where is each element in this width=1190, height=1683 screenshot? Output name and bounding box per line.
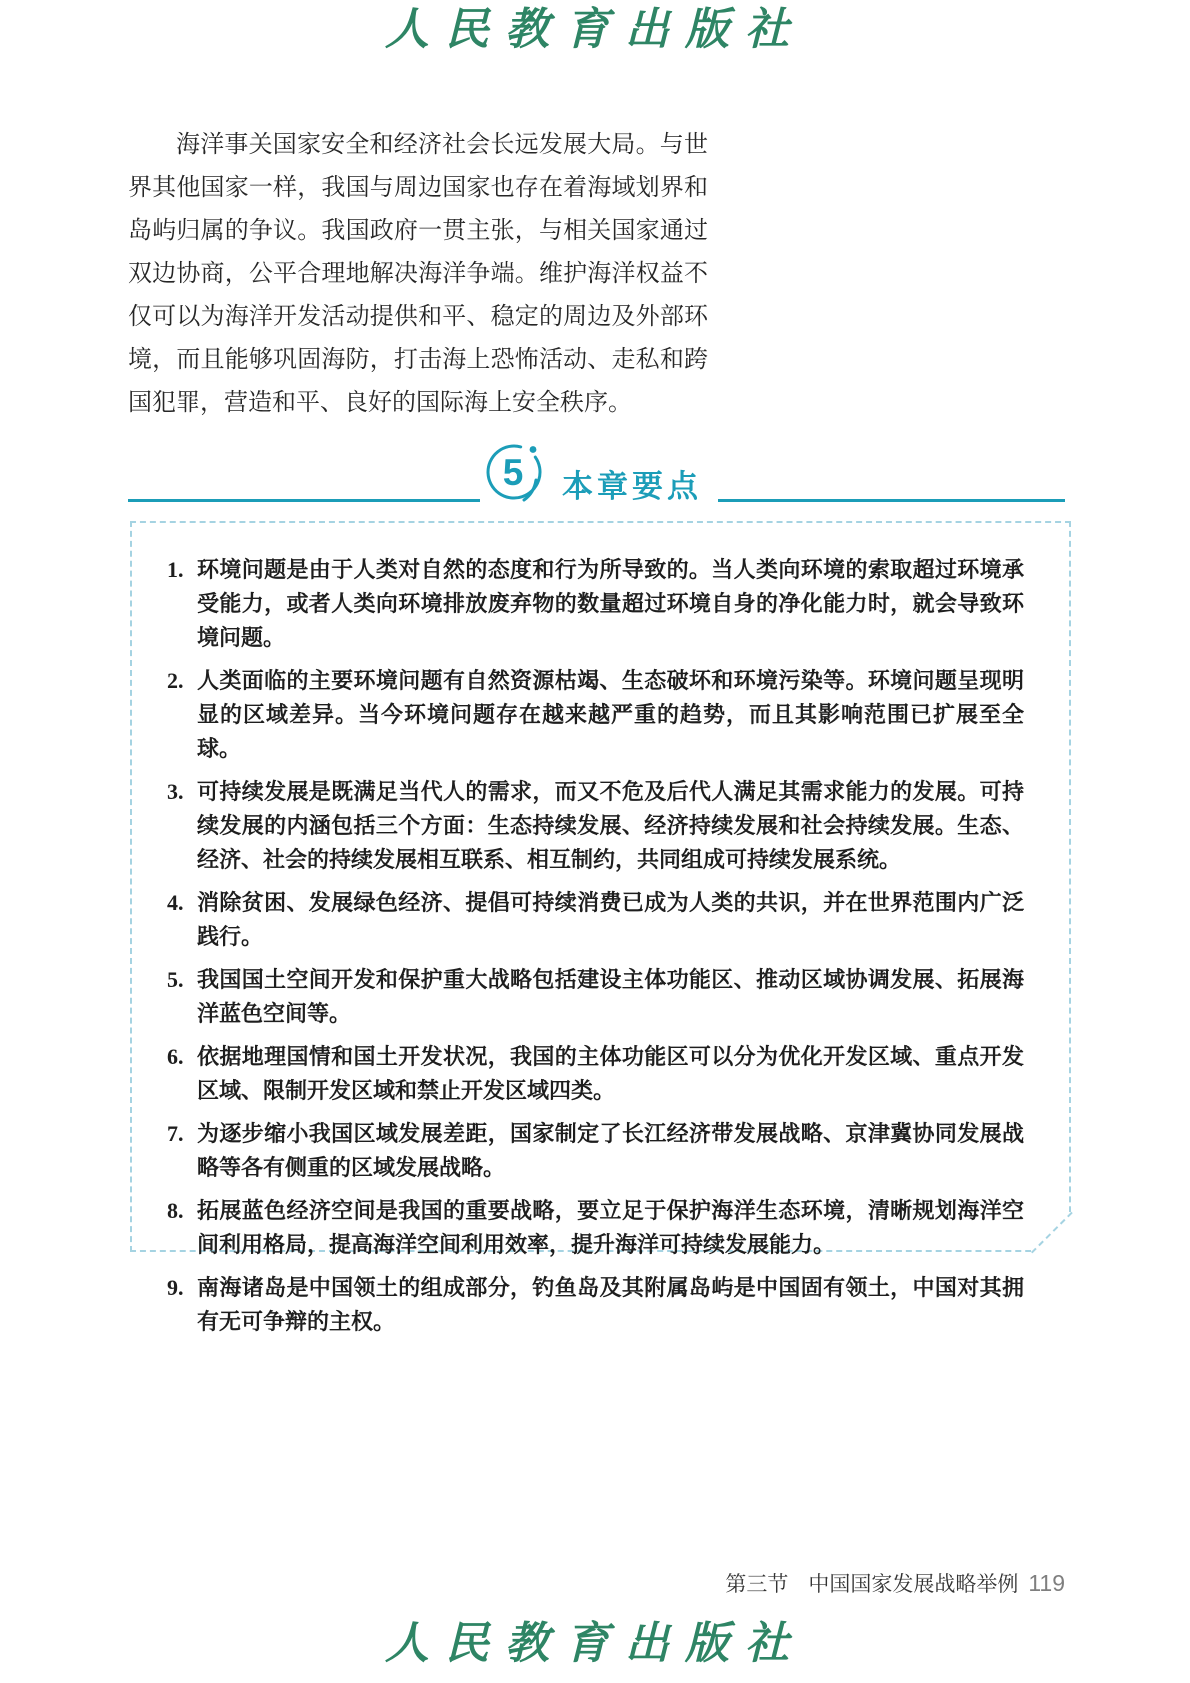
page-number: 119 (1028, 1570, 1065, 1596)
point-item: 5. 我国国土空间开发和保护重大战略包括建设主体功能区、推动区域协调发展、拓展海… (167, 963, 1024, 1031)
point-number: 9. (167, 1271, 184, 1305)
summary-title: 本章要点 (562, 471, 702, 502)
point-text: 为逐步缩小我国区域发展差距，国家制定了长江经济带发展战略、京津冀协同发展战略等各… (197, 1121, 1024, 1180)
point-number: 6. (167, 1040, 184, 1074)
point-item: 6. 依据地理国情和国土开发状况，我国的主体功能区可以分为优化开发区域、重点开发… (167, 1040, 1024, 1108)
point-number: 3. (167, 775, 184, 809)
point-item: 4. 消除贫困、发展绿色经济、提倡可持续消费已成为人类的共识，并在世界范围内广泛… (167, 886, 1024, 954)
point-text: 人类面临的主要环境问题有自然资源枯竭、生态破坏和环境污染等。环境问题呈现明显的区… (197, 668, 1024, 761)
badge-number: 5 (503, 452, 524, 493)
chapter-summary-heading: 5 本章要点 (128, 430, 1065, 506)
heading-rule-right (718, 499, 1065, 502)
point-item: 9. 南海诸岛是中国领土的组成部分，钓鱼岛及其附属岛屿是中国固有领土，中国对其拥… (167, 1271, 1024, 1339)
point-text: 消除贫困、发展绿色经济、提倡可持续消费已成为人类的共识，并在世界范围内广泛践行。 (197, 890, 1024, 949)
point-item: 1. 环境问题是由于人类对自然的态度和行为所导致的。当人类向环境的索取超过环境承… (167, 553, 1024, 655)
footer-section-title: 中国国家发展战略举例 (808, 1572, 1018, 1596)
page-footer: 第三节中国国家发展战略举例119 (0, 1568, 1065, 1598)
point-number: 7. (167, 1117, 184, 1151)
point-number: 8. (167, 1194, 184, 1228)
point-text: 环境问题是由于人类对自然的态度和行为所导致的。当人类向环境的索取超过环境承受能力… (197, 557, 1024, 650)
point-number: 4. (167, 886, 184, 920)
point-number: 5. (167, 963, 184, 997)
point-text: 依据地理国情和国土开发状况，我国的主体功能区可以分为优化开发区域、重点开发区域、… (197, 1044, 1024, 1103)
point-item: 7. 为逐步缩小我国区域发展差距，国家制定了长江经济带发展战略、京津冀协同发展战… (167, 1117, 1024, 1185)
badge-circle-icon: 5 (486, 436, 546, 504)
point-item: 3. 可持续发展是既满足当代人的需求，而又不危及后代人满足其需求能力的发展。可持… (167, 775, 1024, 877)
box-corner-cut (1031, 1212, 1071, 1252)
publisher-logo-bottom: 人民教育出版社 (0, 1618, 1190, 1671)
point-number: 2. (167, 664, 184, 698)
point-text: 我国国土空间开发和保护重大战略包括建设主体功能区、推动区域协调发展、拓展海洋蓝色… (197, 967, 1024, 1026)
point-item: 2. 人类面临的主要环境问题有自然资源枯竭、生态破坏和环境污染等。环境问题呈现明… (167, 664, 1024, 766)
footer-section-label: 第三节 (725, 1572, 788, 1596)
intro-paragraph: 海洋事关国家安全和经济社会长远发展大局。与世界其他国家一样，我国与周边国家也存在… (128, 124, 708, 425)
heading-rule-left (128, 499, 480, 502)
point-number: 1. (167, 553, 184, 587)
publisher-logo-top: 人民教育出版社 (0, 4, 1190, 57)
point-text: 南海诸岛是中国领土的组成部分，钓鱼岛及其附属岛屿是中国固有领土，中国对其拥有无可… (197, 1275, 1024, 1334)
summary-badge: 5 (486, 436, 546, 504)
point-text: 拓展蓝色经济空间是我国的重要战略，要立足于保护海洋生态环境，清晰规划海洋空间利用… (197, 1198, 1024, 1257)
key-points-box: 1. 环境问题是由于人类对自然的态度和行为所导致的。当人类向环境的索取超过环境承… (130, 521, 1071, 1252)
point-item: 8. 拓展蓝色经济空间是我国的重要战略，要立足于保护海洋生态环境，清晰规划海洋空… (167, 1194, 1024, 1262)
point-text: 可持续发展是既满足当代人的需求，而又不危及后代人满足其需求能力的发展。可持续发展… (197, 779, 1024, 872)
